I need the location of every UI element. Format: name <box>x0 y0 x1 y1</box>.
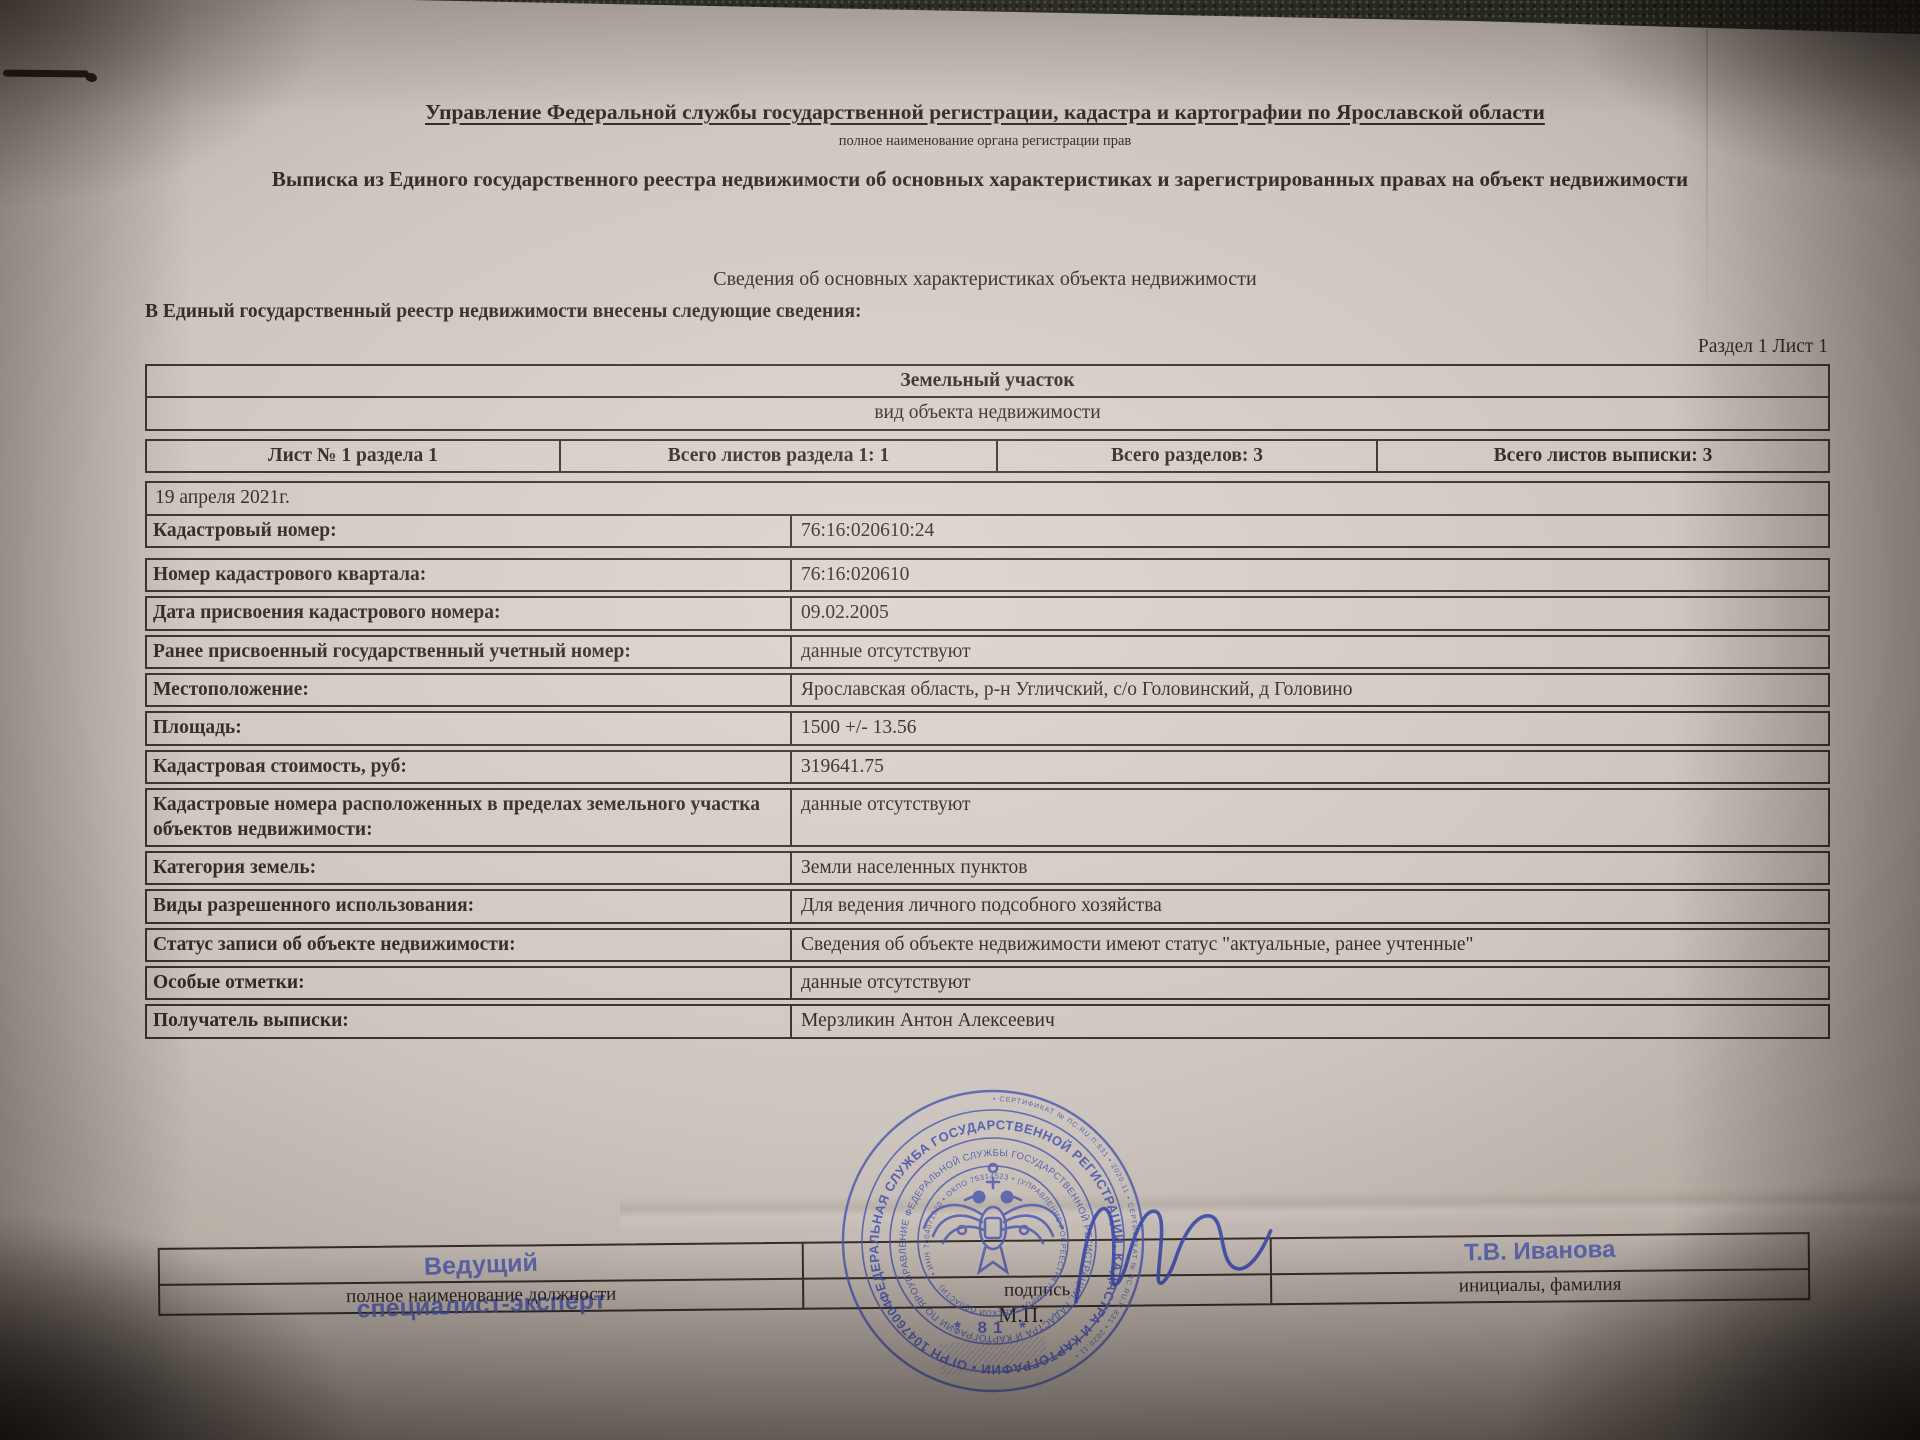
extract-date: 19 апреля 2021г. <box>147 483 298 513</box>
row-cadastral-number: Кадастровый номер: 76:16:020610:24 <box>145 514 1830 548</box>
position-cell: Ведущий специалист-эксперт <box>160 1244 802 1284</box>
row-record-status: Статус записи об объекте недвижимости: С… <box>145 928 1830 962</box>
row-object-type: Земельный участок <box>145 364 1830 398</box>
row-label: Кадастровая стоимость, руб: <box>147 752 792 782</box>
sheet-info-2: Всего листов раздела 1: 1 <box>559 441 996 471</box>
sheet-info-1: Лист № 1 раздела 1 <box>147 441 559 471</box>
name-caption: инициалы, фамилия <box>1270 1270 1808 1303</box>
row-label: Местоположение: <box>147 675 792 705</box>
object-characteristics-table: Земельный участок вид объекта недвижимос… <box>145 364 1830 1039</box>
row-label: Кадастровые номера расположенных в преде… <box>147 790 792 845</box>
row-value: Земли населенных пунктов <box>792 853 1828 883</box>
row-label: Ранее присвоенный государственный учетны… <box>147 637 792 667</box>
row-value: Сведения об объекте недвижимости имеют с… <box>792 930 1828 960</box>
row-value: 319641.75 <box>792 752 1828 782</box>
row-recipient: Получатель выписки: Мерзликин Антон Алек… <box>145 1004 1830 1038</box>
row-land-category: Категория земель: Земли населенных пункт… <box>145 851 1830 885</box>
row-label: Номер кадастрового квартала: <box>147 560 792 590</box>
row-assign-date: Дата присвоения кадастрового номера: 09.… <box>145 596 1830 630</box>
section-title: Сведения об основных характеристиках объ… <box>160 268 1810 291</box>
row-value: данные отсутствуют <box>792 790 1828 845</box>
row-value: 09.02.2005 <box>792 598 1828 628</box>
row-label: Дата присвоения кадастрового номера: <box>147 598 792 628</box>
double-headed-eagle-icon <box>924 1164 1062 1272</box>
row-objects-within: Кадастровые номера расположенных в преде… <box>145 788 1830 847</box>
row-label: Виды разрешенного использования: <box>147 891 792 921</box>
seal-number: * 81 * <box>954 1318 1032 1337</box>
row-label: Площадь: <box>147 713 792 743</box>
sheet-info-4: Всего листов выписки: 3 <box>1376 441 1828 471</box>
name-cell: Т.В. Иванова <box>1270 1234 1808 1273</box>
row-value: данные отсутствуют <box>792 637 1828 667</box>
intro-line: В Единый государственный реестр недвижим… <box>145 301 862 323</box>
row-permitted-use: Виды разрешенного использования: Для вед… <box>145 889 1830 923</box>
row-value: 76:16:020610:24 <box>792 516 1828 546</box>
row-value: 76:16:020610 <box>792 560 1828 590</box>
section-sheet-label: Раздел 1 Лист 1 <box>1698 336 1828 358</box>
row-label: Особые отметки: <box>147 968 792 998</box>
document-page: Управление Федеральной службы государств… <box>0 0 1920 1440</box>
row-location: Местоположение: Ярославская область, р-н… <box>145 673 1830 707</box>
row-value: данные отсутствуют <box>792 968 1828 998</box>
row-value: 1500 +/- 13.56 <box>792 713 1828 743</box>
pen-mark <box>3 70 89 78</box>
object-type-caption: вид объекта недвижимости <box>866 398 1108 428</box>
row-label: Категория земель: <box>147 853 792 883</box>
object-type: Земельный участок <box>892 366 1082 396</box>
row-cadastral-value: Кадастровая стоимость, руб: 319641.75 <box>145 750 1830 784</box>
document-photo: Управление Федеральной службы государств… <box>0 0 1920 1440</box>
row-value: Ярославская область, р-н Угличский, с/о … <box>792 675 1828 705</box>
pen-mark-tail <box>85 71 99 84</box>
row-sheet-info: Лист № 1 раздела 1 Всего листов раздела … <box>145 439 1830 473</box>
row-label: Статус записи об объекте недвижимости: <box>147 930 792 960</box>
row-special-notes: Особые отметки: данные отсутствуют <box>145 966 1830 1000</box>
row-object-type-caption: вид объекта недвижимости <box>145 396 1830 430</box>
row-previous-number: Ранее присвоенный государственный учетны… <box>145 635 1830 669</box>
row-label: Кадастровый номер: <box>147 516 792 546</box>
row-area: Площадь: 1500 +/- 13.56 <box>145 711 1830 745</box>
name-stamp: Т.В. Иванова <box>1272 1231 1809 1272</box>
registration-authority-caption: полное наименование органа регистрации п… <box>160 133 1810 150</box>
document-title: Выписка из Единого государственного реес… <box>120 167 1840 192</box>
registration-authority-title: Управление Федеральной службы государств… <box>160 100 1810 125</box>
row-quarter-number: Номер кадастрового квартала: 76:16:02061… <box>145 558 1830 592</box>
sheet-info-3: Всего разделов: 3 <box>996 441 1376 471</box>
row-label: Получатель выписки: <box>147 1006 792 1036</box>
row-date: 19 апреля 2021г. <box>145 481 1830 515</box>
row-value: Мерзликин Антон Алексеевич <box>792 1006 1828 1036</box>
row-value: Для ведения личного подсобного хозяйства <box>792 891 1828 921</box>
